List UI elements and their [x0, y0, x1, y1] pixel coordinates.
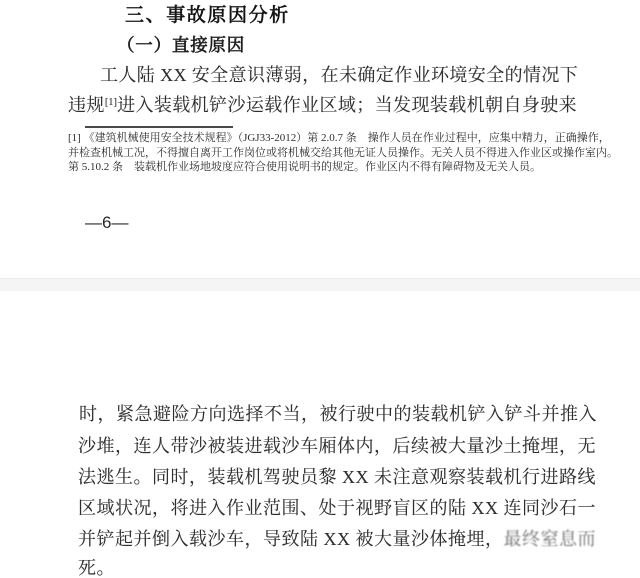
paragraph-line-2-post: 进入装载机铲沙运载作业区域；当发现装载机朝自身驶来 — [117, 95, 577, 115]
paragraph-line-8: 死。 — [78, 559, 115, 577]
subsection-heading: （一）直接原因 — [117, 37, 245, 55]
paragraph-line-4: 沙堆，连人带沙被装进载沙车厢体内，后续被大量沙土掩埋，无 — [78, 437, 596, 455]
page-separator-band — [0, 278, 640, 292]
paragraph-line-7: 并铲起并倒入载沙车，导致陆 XX 被大量沙体掩埋，最终窒息而 — [78, 530, 596, 548]
paragraph-line-7-smudged-text: 最终窒息而 — [504, 529, 597, 549]
section-heading: 三、事故原因分析 — [125, 6, 290, 25]
footnote-line-1: [1] 《建筑机械使用安全技术规程》（JGJ33-2012）第 2.0.7 条 … — [68, 133, 610, 144]
document-viewer: 三、事故原因分析 （一）直接原因 工人陆 XX 安全意识薄弱，在未确定作业环境安… — [0, 0, 640, 578]
footnote-line-3: 第 5.10.2 条 装载机作业场地坡度应符合使用说明书的规定。作业区内不得有障… — [68, 162, 541, 173]
paragraph-line-5: 法逃生。同时，装载机驾驶员黎 XX 未注意观察装载机行进路线 — [78, 468, 596, 486]
paragraph-line-6: 区域状况，将进入作业范围、处于视野盲区的陆 XX 连同沙石一 — [78, 499, 596, 517]
paragraph-line-3: 时，紧急避险方向选择不当，被行驶中的装载机铲入铲斗并推入 — [79, 405, 597, 423]
footnote-divider-rule — [85, 126, 233, 128]
paragraph-line-1: 工人陆 XX 安全意识薄弱，在未确定作业环境安全的情况下 — [100, 66, 578, 84]
page-number: —6— — [85, 214, 128, 231]
footnote-ref-sup: [1] — [105, 98, 117, 109]
footnote-line-2: 并检查机械工况，不得擅自离开工作岗位或将机械交给其他无证人员操作。无关人员不得进… — [68, 148, 618, 159]
paragraph-line-2: 违规[1]进入装载机铲沙运载作业区域；当发现装载机朝自身驶来 — [68, 96, 577, 115]
paragraph-line-2-pre: 违规 — [68, 95, 105, 115]
paragraph-line-7-normal: 并铲起并倒入载沙车，导致陆 XX 被大量沙体掩埋， — [78, 529, 504, 549]
